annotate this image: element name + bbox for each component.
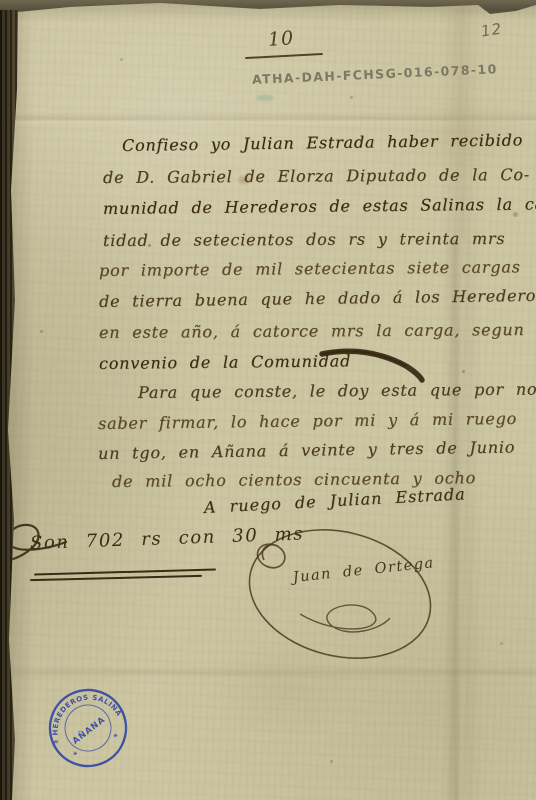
horizontal-crease [0, 666, 536, 678]
horizontal-crease [0, 112, 536, 126]
manuscript-line: convenio de la Comunidad [99, 351, 351, 373]
manuscript-line: Confieso yo Julian Estrada haber recibid… [122, 130, 523, 155]
folio-number: 10 [267, 27, 295, 51]
manuscript-line: un tgo, en Añana á veinte y tres de Juni… [98, 437, 515, 463]
stain [210, 640, 360, 740]
amount-line: Son 702 rs con 30 ms [30, 523, 305, 554]
ink-smudge [256, 95, 274, 101]
manuscript-line: en este año, á catorce mrs la carga, seg… [99, 320, 525, 342]
manuscript-line: por importe de mil setecientas siete car… [99, 257, 521, 280]
pencil-page-number: 12 [480, 19, 504, 40]
amount-underline [30, 575, 202, 581]
archive-stamp: Cª HEREDEROS SALINAS AÑANA * * [33, 673, 144, 784]
manuscript-line: Para que conste, le doy esta que por no [138, 380, 536, 402]
manuscript-line: saber firmar, lo hace por mi y á mi rueg… [98, 409, 517, 433]
paper-sheet: 10 12 ATHA-DAH-FCHSG-016-078-10 Confieso… [0, 0, 536, 800]
manuscript-line: munidad de Herederos de estas Salinas la… [103, 194, 536, 218]
folio-underline [245, 53, 323, 59]
stamp-ornament: * [112, 732, 120, 742]
archive-reference: ATHA-DAH-FCHSG-016-078-10 [252, 61, 498, 87]
scanned-document: 10 12 ATHA-DAH-FCHSG-016-078-10 Confieso… [0, 0, 536, 800]
manuscript-line: de D. Gabriel de Elorza Diputado de la C… [103, 165, 530, 187]
manuscript-line: tidad de setecientos dos rs y treinta mr… [103, 229, 505, 250]
manuscript-line: de tierra buena que he dado á los Herede… [99, 286, 536, 311]
stamp-center-text: AÑANA [70, 714, 107, 747]
signature-name: Juan de Ortega [292, 555, 435, 586]
stamp-ornament: * [72, 749, 80, 759]
